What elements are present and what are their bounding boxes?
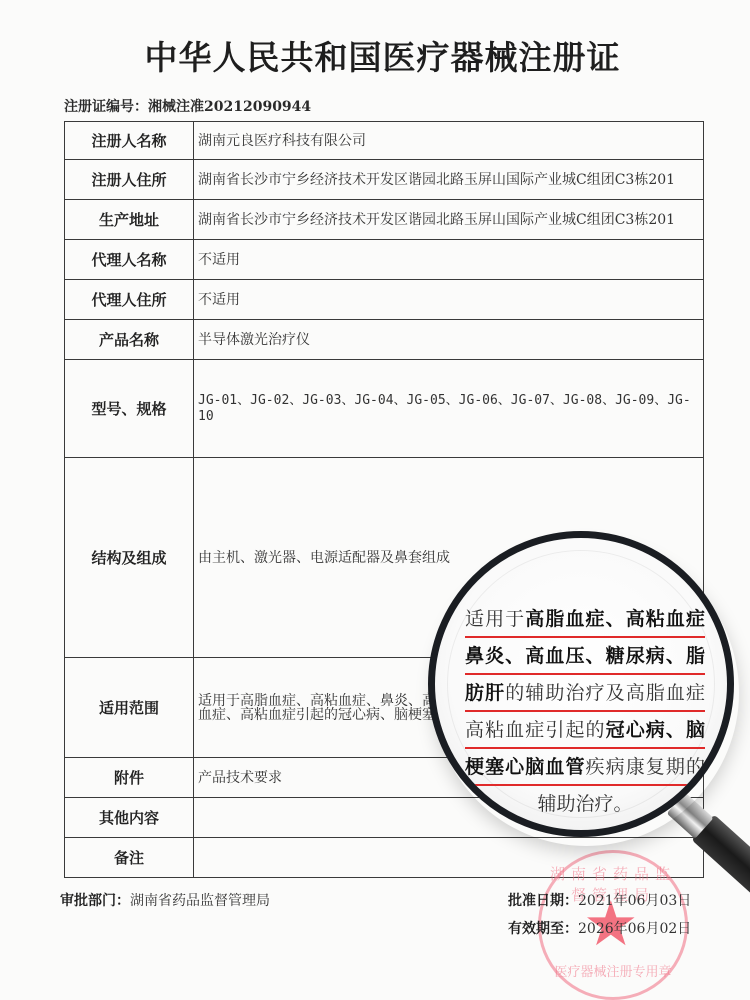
cert-number-value: 湘械注准20212090944 — [148, 99, 311, 115]
dept-label: 审批部门： — [60, 893, 130, 909]
table-row: 产品名称 半导体激光治疗仪 — [65, 320, 704, 360]
table-row: 代理人住所 不适用 — [65, 280, 704, 320]
lens-text: 辅助治疗。 — [537, 793, 632, 815]
lens-line: 辅助治疗。 — [465, 787, 705, 821]
magnified-text: 适用于高脂血症、高粘血症 鼻炎、高血压、糖尿病、脂 肪肝的辅助治疗及高脂血症 高… — [465, 602, 705, 822]
table-row: 注册人名称 湖南元良医疗科技有限公司 — [65, 122, 704, 160]
row-value: 湖南省长沙市宁乡经济技术开发区谐园北路玉屏山国际产业城C组团C3栋201 — [194, 160, 704, 200]
row-label: 型号、规格 — [65, 360, 194, 458]
magnifying-glass-icon: 适用于高脂血症、高粘血症 鼻炎、高血压、糖尿病、脂 肪肝的辅助治疗及高脂血症 高… — [428, 531, 734, 837]
lens-line: 梗塞心脑血管疾病康复期的 — [465, 750, 705, 786]
row-value: JG-01、JG-02、JG-03、JG-04、JG-05、JG-06、JG-0… — [194, 360, 704, 458]
row-value: 湖南元良医疗科技有限公司 — [194, 122, 704, 160]
lens-text: 高粘血症引起的 — [465, 719, 606, 741]
row-label: 产品名称 — [65, 320, 194, 360]
lens-text: 的辅助治疗及高脂血症 — [505, 682, 705, 704]
approve-value: 2021年06月03日 — [578, 893, 691, 909]
lens-highlight: 高脂血症、高粘血症 — [525, 608, 705, 630]
row-label: 备注 — [65, 838, 194, 878]
valid-value: 2026年06月02日 — [578, 921, 691, 937]
row-value: 不适用 — [194, 280, 704, 320]
approval-date: 批准日期：2021年06月03日 — [508, 890, 691, 910]
table-row: 代理人名称 不适用 — [65, 240, 704, 280]
lens-line: 高粘血症引起的冠心病、脑 — [465, 713, 705, 749]
row-value: 不适用 — [194, 240, 704, 280]
lens-line: 鼻炎、高血压、糖尿病、脂 — [465, 639, 705, 675]
seal-bottom-text: 医疗器械注册专用章 — [541, 961, 685, 980]
row-value: 湖南省长沙市宁乡经济技术开发区谐园北路玉屏山国际产业城C组团C3栋201 — [194, 200, 704, 240]
row-label: 适用范围 — [65, 658, 194, 758]
row-label: 结构及组成 — [65, 458, 194, 658]
row-label: 生产地址 — [65, 200, 194, 240]
valid-until: 有效期至：2026年06月02日 — [508, 918, 691, 938]
table-row: 生产地址 湖南省长沙市宁乡经济技术开发区谐园北路玉屏山国际产业城C组团C3栋20… — [65, 200, 704, 240]
approval-department: 审批部门：湖南省药品监督管理局 — [60, 890, 270, 910]
lens-highlight: 肪肝 — [465, 682, 505, 704]
table-row: 注册人住所 湖南省长沙市宁乡经济技术开发区谐园北路玉屏山国际产业城C组团C3栋2… — [65, 160, 704, 200]
row-label: 注册人住所 — [65, 160, 194, 200]
lens-text: 疾病康复期的 — [586, 756, 705, 778]
row-label: 代理人住所 — [65, 280, 194, 320]
lens-text: 适用于 — [465, 608, 525, 630]
cert-number-label: 注册证编号： — [64, 99, 148, 115]
cert-number: 注册证编号：湘械注准20212090944 — [64, 96, 311, 116]
row-value: 半导体激光治疗仪 — [194, 320, 704, 360]
document-title: 中华人民共和国医疗器械注册证 — [0, 32, 750, 79]
lens-highlight: 鼻炎、高血压、糖尿病、脂 — [465, 645, 705, 667]
row-label: 注册人名称 — [65, 122, 194, 160]
approve-label: 批准日期： — [508, 893, 578, 909]
row-label: 附件 — [65, 758, 194, 798]
row-label: 其他内容 — [65, 798, 194, 838]
lens-line: 肪肝的辅助治疗及高脂血症 — [465, 676, 705, 712]
lens-line: 适用于高脂血症、高粘血症 — [465, 602, 705, 638]
lens-highlight: 梗塞心脑血管 — [465, 756, 586, 778]
lens-highlight: 冠心病、脑 — [606, 719, 705, 741]
row-label: 代理人名称 — [65, 240, 194, 280]
table-row: 型号、规格 JG-01、JG-02、JG-03、JG-04、JG-05、JG-0… — [65, 360, 704, 458]
dept-value: 湖南省药品监督管理局 — [130, 893, 270, 909]
valid-label: 有效期至： — [508, 921, 578, 937]
